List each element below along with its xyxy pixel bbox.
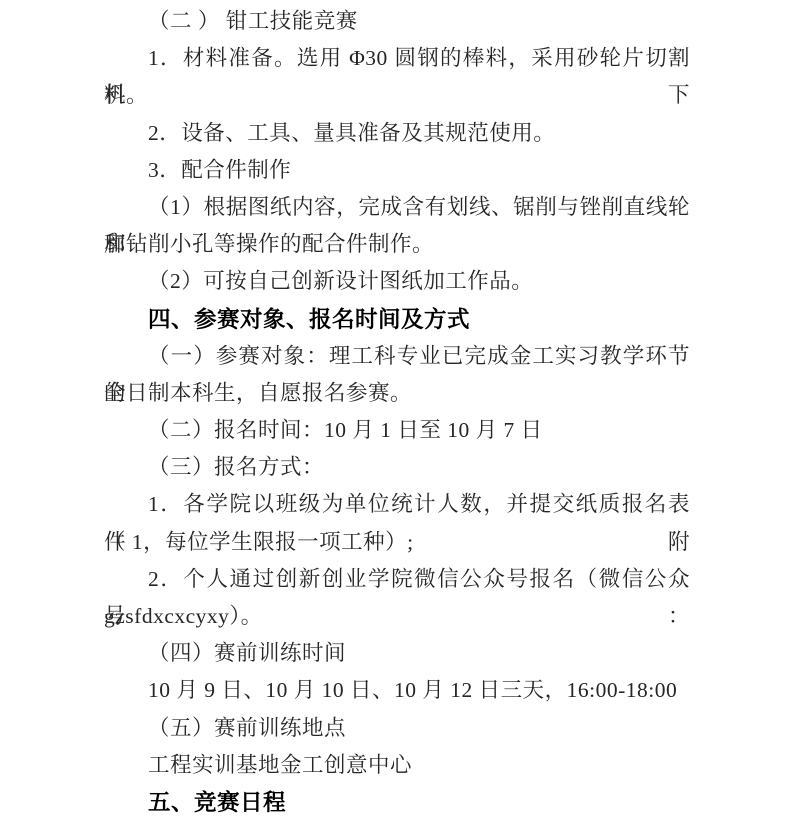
line-equipment-tools: 2．设备、工具、量具准备及其规范使用。 [104, 115, 690, 152]
line-material-prep: 1．材料准备。选用 Φ30 圆钢的棒料，采用砂轮片切割机下 [104, 40, 690, 77]
heading-fitter-skills-competition: （二 ） 钳工技能竞赛 [104, 3, 690, 40]
line-participants-cont: 全日制本科生，自愿报名参赛。 [104, 375, 690, 412]
line-method-1: 1．各学院以班级为单位统计人数，并提交纸质报名表（附 [104, 486, 690, 523]
line-fitting-detail-2: （2）可按自己创新设计图纸加工作品。 [104, 263, 690, 300]
line-training-place-value: 工程实训基地金工创意中心 [104, 747, 690, 784]
line-fitting-parts: 3．配合件制作 [104, 152, 690, 189]
document-text-block: （二 ） 钳工技能竞赛 1．材料准备。选用 Φ30 圆钢的棒料，采用砂轮片切割机… [104, 3, 690, 821]
line-training-place-label: （五）赛前训练地点 [104, 710, 690, 747]
line-registration-method: （三）报名方式： [104, 449, 690, 486]
line-fitting-detail-1: （1）根据图纸内容，完成含有划线、锯削与锉削直线轮廓 [104, 189, 690, 226]
line-training-time-value: 10 月 9 日、10 月 10 日、10 月 12 日三天，16:00-18:… [104, 672, 690, 709]
heading-section-5-schedule: 五、竞赛日程 [104, 784, 690, 821]
line-participants: （一）参赛对象：理工科专业已完成金工实习教学环节的 [104, 338, 690, 375]
document-page: （二 ） 钳工技能竞赛 1．材料准备。选用 Φ30 圆钢的棒料，采用砂轮片切割机… [0, 0, 792, 831]
line-registration-time: （二）报名时间：10 月 1 日至 10 月 7 日 [104, 412, 690, 449]
line-method-2: 2．个人通过创新创业学院微信公众号报名（微信公众号： [104, 561, 690, 598]
heading-section-4-participants: 四、参赛对象、报名时间及方式 [104, 301, 690, 338]
line-fitting-detail-1-cont: 和钻削小孔等操作的配合件制作。 [104, 226, 690, 263]
line-training-time-label: （四）赛前训练时间 [104, 635, 690, 672]
